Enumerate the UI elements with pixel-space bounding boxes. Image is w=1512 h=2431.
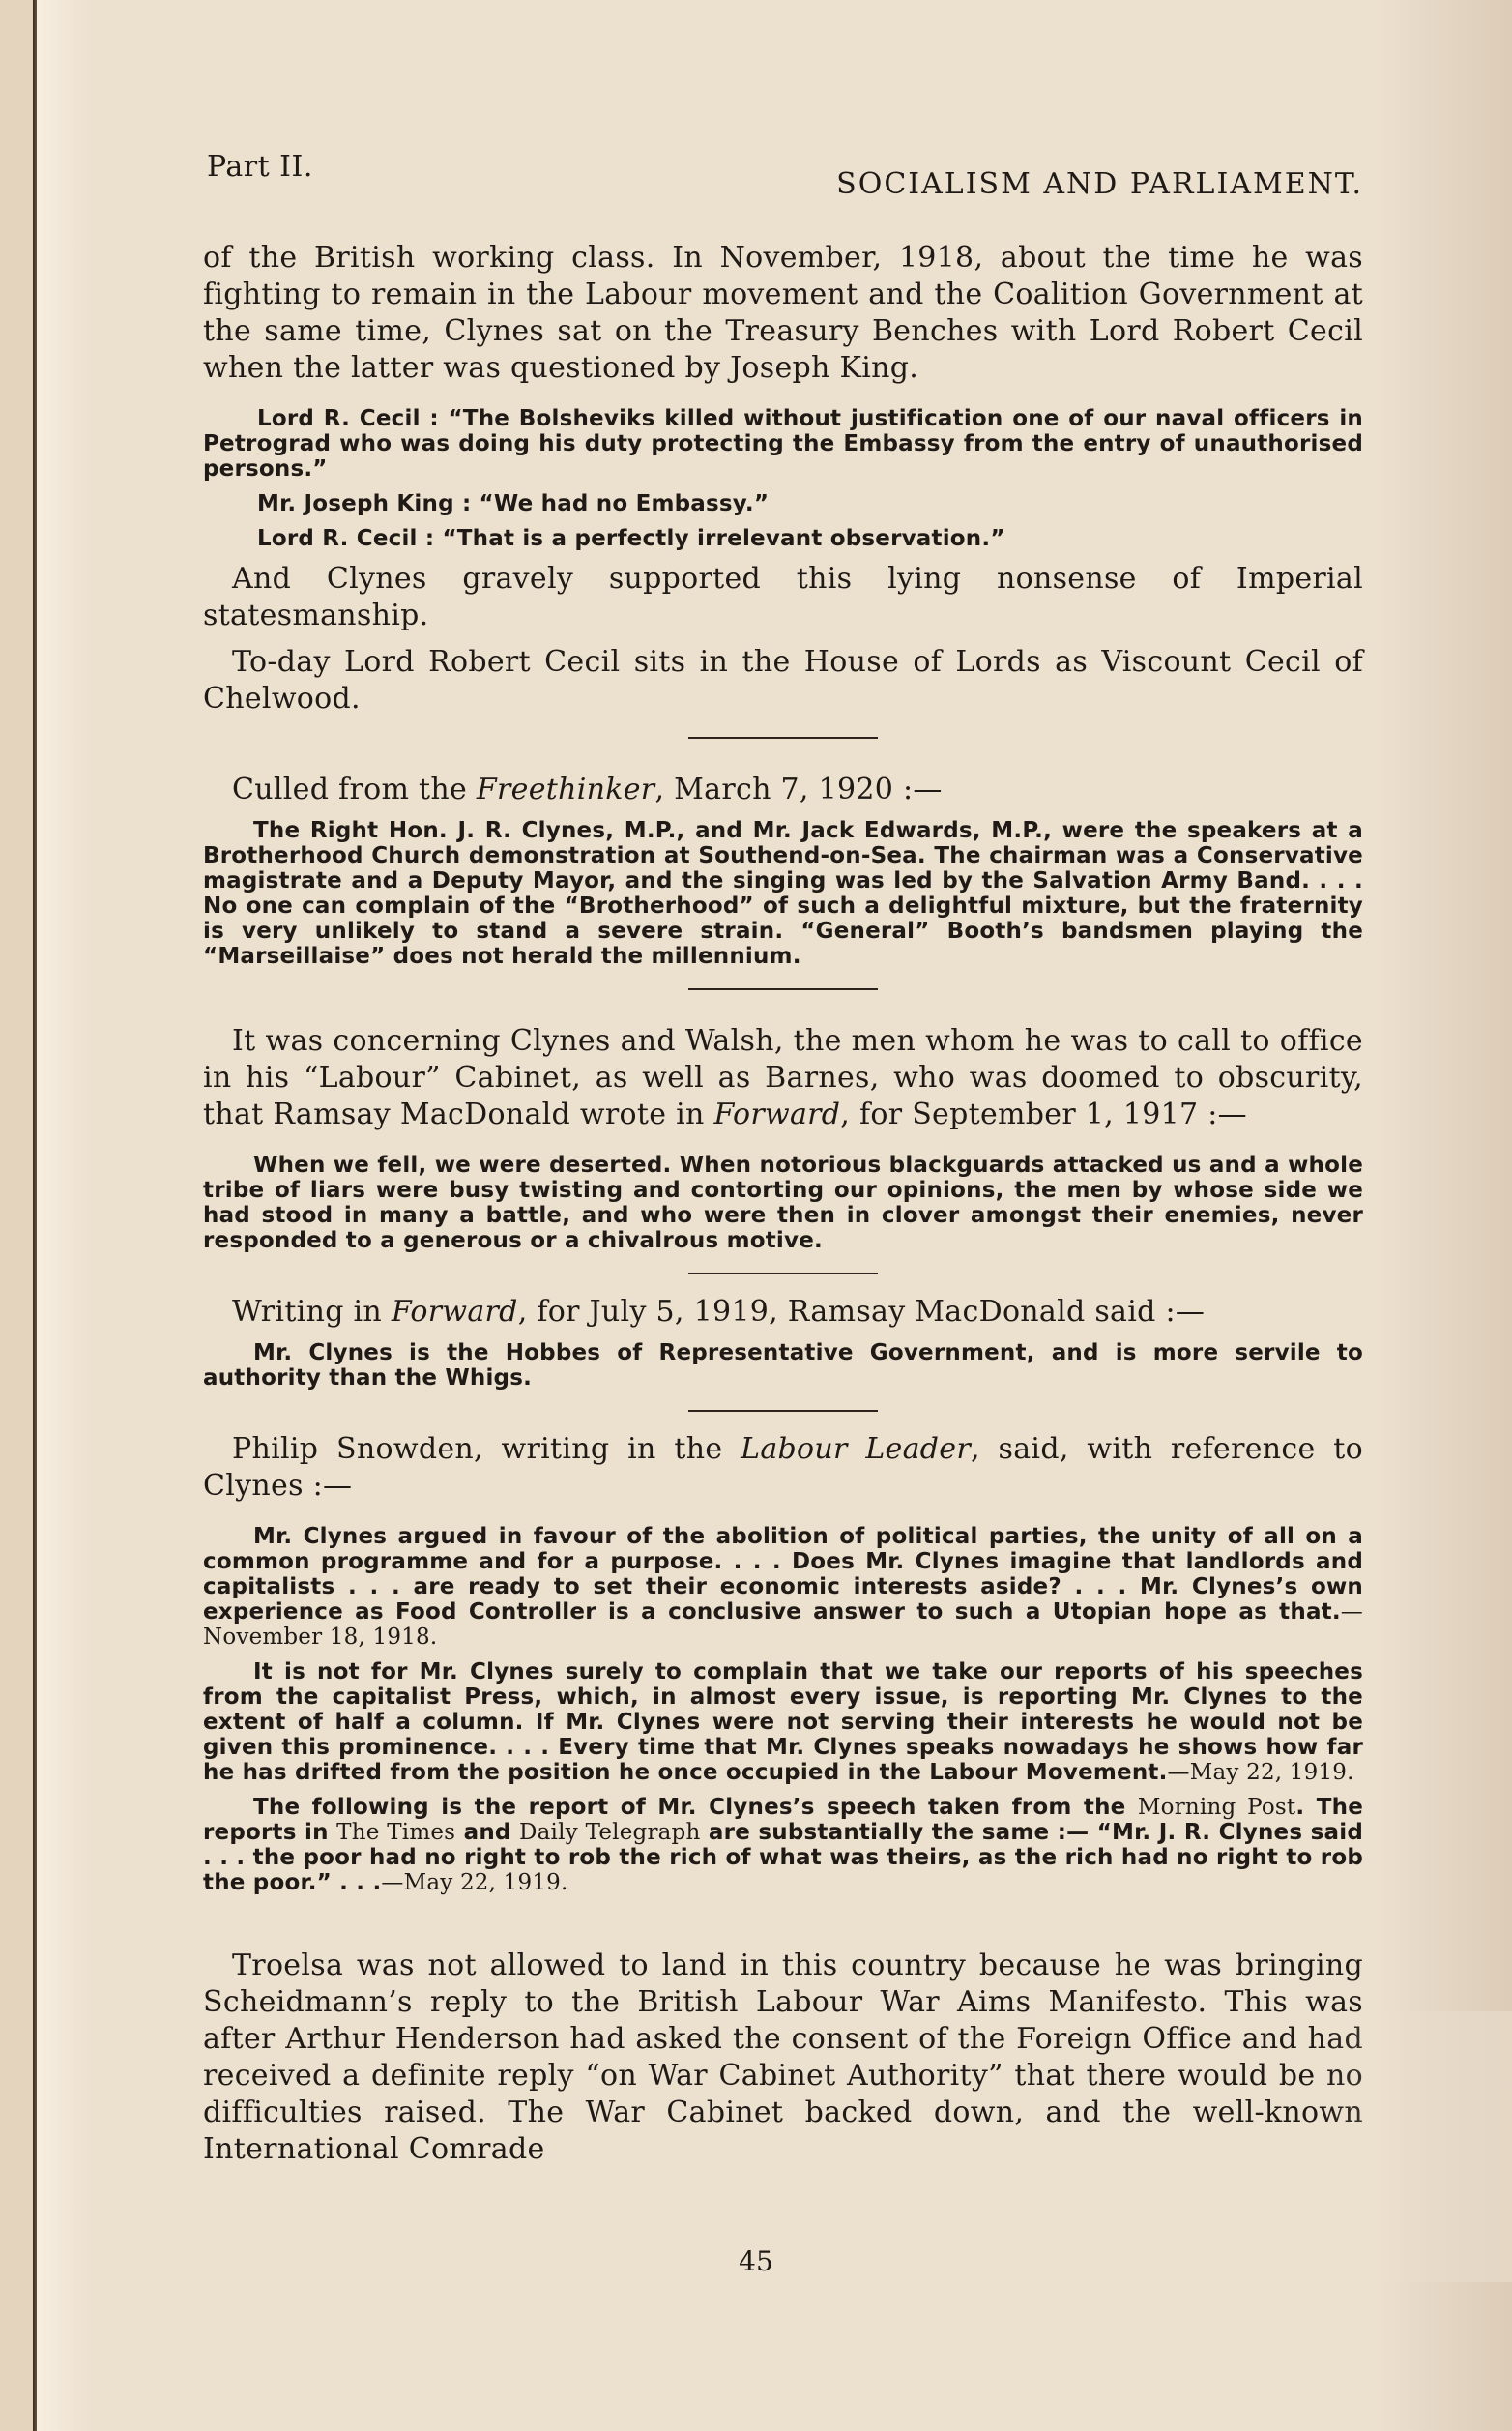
quoted-dialog: Mr. Joseph King : “We had no Embassy.”: [203, 491, 1363, 516]
block-quote: Mr. Clynes argued in favour of the aboli…: [203, 1524, 1363, 1650]
part-label: Part II.: [207, 153, 313, 182]
text-run: The following is the report of Mr. Clyne…: [253, 1795, 1138, 1820]
body-paragraph: And Clynes gravely supported this lying …: [203, 561, 1363, 634]
body-paragraph: Culled from the Freethinker, March 7, 19…: [203, 772, 1363, 808]
text-run: , March 7, 1920 :—: [654, 773, 942, 806]
publication-title: Morning Post: [1138, 1795, 1295, 1820]
body-paragraph: Writing in Forward, for July 5, 1919, Ra…: [203, 1294, 1363, 1331]
text-run: , for July 5, 1919, Ramsay MacDonald sai…: [518, 1295, 1205, 1329]
body-paragraph: Troelsa was not allowed to land in this …: [203, 1948, 1363, 2168]
facing-page-edge: [0, 0, 35, 2431]
body-paragraph: It was concerning Clynes and Walsh, the …: [203, 1023, 1363, 1133]
block-quote: Mr. Clynes is the Hobbes of Representati…: [203, 1340, 1363, 1391]
publication-title: Forward: [713, 1098, 840, 1131]
body-paragraph: Philip Snowden, writing in the Labour Le…: [203, 1431, 1363, 1505]
body-paragraph: To-day Lord Robert Cecil sits in the Hou…: [203, 644, 1363, 718]
text-run: Writing in: [232, 1295, 392, 1329]
text-run: and: [455, 1820, 519, 1845]
publication-title: Freethinker: [477, 773, 655, 806]
block-quote: The Right Hon. J. R. Clynes, M.P., and M…: [203, 818, 1363, 969]
text-run: , for September 1, 1917 :—: [840, 1098, 1247, 1131]
quote-date: —May 22, 1919.: [381, 1870, 567, 1895]
quoted-dialog: Lord R. Cecil : “That is a perfectly irr…: [203, 526, 1363, 551]
text-run: Culled from the: [232, 773, 477, 806]
publication-title: Labour Leader: [741, 1432, 971, 1466]
publication-title: Daily Telegraph: [519, 1820, 701, 1845]
publication-title: The Times: [336, 1820, 455, 1845]
block-quote: When we fell, we were deserted. When not…: [203, 1153, 1363, 1253]
body-paragraph: of the British working class. In Novembe…: [203, 240, 1363, 387]
chapter-title: SOCIALISM AND PARLIAMENT.: [836, 170, 1363, 199]
quote-date: —May 22, 1919.: [1168, 1760, 1354, 1785]
quoted-dialog: Lord R. Cecil : “The Bolsheviks killed w…: [203, 406, 1363, 482]
publication-title: Forward: [392, 1295, 518, 1329]
page-number: 45: [0, 2245, 1512, 2277]
block-quote: The following is the report of Mr. Clyne…: [203, 1795, 1363, 1895]
text-run: Philip Snowden, writing in the: [232, 1432, 741, 1466]
block-quote: It is not for Mr. Clynes surely to compl…: [203, 1659, 1363, 1785]
page-content: of the British working class. In Novembe…: [203, 240, 1363, 2168]
text-run: Mr. Clynes argued in favour of the aboli…: [203, 1524, 1363, 1625]
